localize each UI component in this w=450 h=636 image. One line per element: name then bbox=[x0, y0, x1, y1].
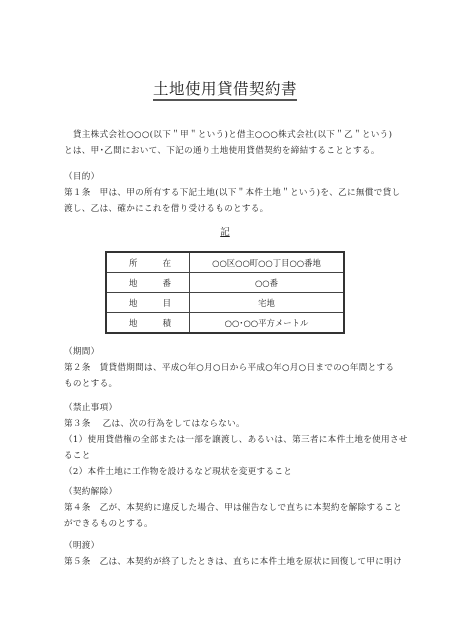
row-label: 地 bbox=[129, 277, 137, 289]
article-4-line-1: 第４条 乙が、本契約に違反した場合、甲は催告なしで直ちに本契約を解除すること bbox=[64, 500, 394, 516]
article-2-line-1: 第２条 賃貸借期間は、平成○年○月○日から平成○年○月○日までの○年間とする bbox=[64, 360, 394, 376]
row-value: ○○番 bbox=[190, 273, 345, 293]
article-1-line-2: 渡し、乙は、確かにこれを借り受けるものとする。 bbox=[64, 201, 394, 217]
document-page: 土地使用貸借契約書 貸主株式会社○○○(以下＂甲＂という)と借主○○○株式会社(… bbox=[0, 0, 450, 636]
article-3-line-1: 第３条 乙は、次の行為をしてはならない。 bbox=[64, 416, 394, 432]
article-5-heading: （明渡） bbox=[64, 538, 394, 554]
article-1-heading: （目的） bbox=[64, 169, 394, 185]
article-3-line-4: （2）本件土地に工作物を設けるなど現状を変更すること bbox=[64, 464, 394, 480]
preamble-line-2: とは、甲･乙間において、下記の通り土地使用貸借契約を締結することとする。 bbox=[64, 143, 394, 159]
row-label: 積 bbox=[163, 317, 171, 329]
row-value: 宅地 bbox=[190, 293, 345, 313]
table-row: 地目 宅地 bbox=[106, 293, 344, 313]
ki-heading: 記 bbox=[0, 224, 450, 238]
article-5-line-1: 第５条 乙は、本契約が終了したときは、直ちに本件土地を原状に回復して甲に明け bbox=[64, 554, 394, 570]
preamble-line-1: 貸主株式会社○○○(以下＂甲＂という)と借主○○○株式会社(以下＂乙＂という) bbox=[64, 127, 394, 143]
row-label: 番 bbox=[163, 277, 171, 289]
article-3-line-3: ること bbox=[64, 448, 394, 464]
row-label: 地 bbox=[129, 297, 137, 309]
document-title: 土地使用貸借契約書 bbox=[0, 79, 450, 101]
article-3-heading: （禁止事項） bbox=[64, 400, 394, 416]
row-value: ○○･○○平方メートル bbox=[190, 313, 345, 334]
article-4-heading: （契約解除） bbox=[64, 484, 394, 500]
article-4-line-2: ができるものとする。 bbox=[64, 516, 394, 532]
row-label: 目 bbox=[163, 297, 171, 309]
row-value: ○○区○○町○○丁目○○番地 bbox=[190, 252, 345, 273]
row-label: 地 bbox=[129, 317, 137, 329]
table-row: 地積 ○○･○○平方メートル bbox=[106, 313, 344, 334]
land-details-table: 所在 ○○区○○町○○丁目○○番地 地番 ○○番 地目 宅地 地積 ○○･○○平… bbox=[105, 251, 345, 334]
article-3-line-2: （1）使用貸借権の全部または一部を譲渡し、あるいは、第三者に本件土地を使用させ bbox=[64, 432, 394, 448]
table-row: 地番 ○○番 bbox=[106, 273, 344, 293]
table-row: 所在 ○○区○○町○○丁目○○番地 bbox=[106, 252, 344, 273]
row-label: 在 bbox=[163, 257, 171, 269]
article-2-heading: （期間） bbox=[64, 344, 394, 360]
article-2-line-2: ものとする。 bbox=[64, 376, 394, 392]
article-1-line-1: 第１条 甲は、甲の所有する下記土地(以下＂本件土地＂という)を、乙に無償で貸し bbox=[64, 185, 394, 201]
row-label: 所 bbox=[129, 257, 137, 269]
